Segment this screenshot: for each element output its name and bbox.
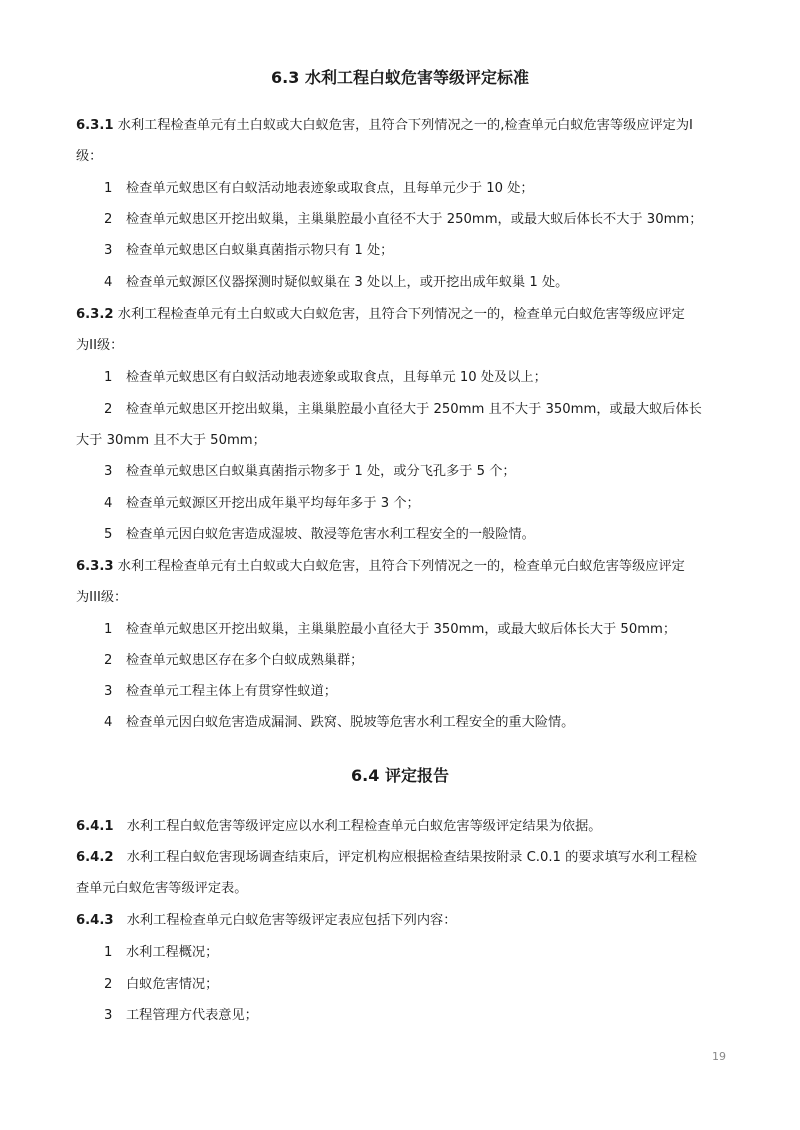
clause-6-4-3: 6.4.3 水利工程检查单元白蚁危害等级评定表应包括下列内容： bbox=[76, 912, 456, 930]
line-text: 检查单元蚁源区仪器探测时疑似蚁巢在 3 处以上，或开挖出成年蚁巢 1 处。 bbox=[126, 275, 568, 290]
list-number: 4 bbox=[104, 274, 126, 292]
line-text: 检查单元蚁患区白蚁巢真菌指示物只有 1 处； bbox=[126, 243, 393, 258]
list-number: 3 bbox=[104, 683, 126, 701]
text-line: 查单元白蚁危害等级评定表。 bbox=[76, 880, 247, 898]
list-item: 3检查单元蚁患区白蚁巢真菌指示物只有 1 处； bbox=[104, 242, 393, 260]
line-text: 检查单元蚁患区存在多个白蚁成熟巢群； bbox=[126, 653, 363, 668]
clause-number: 6.3.2 bbox=[76, 307, 114, 322]
text-line: 为III级： bbox=[76, 589, 127, 607]
list-number: 4 bbox=[104, 714, 126, 732]
page-number: 19 bbox=[712, 1050, 726, 1063]
list-item: 1检查单元蚁患区开挖出蚁巢，主巢巢腔最小直径大于 350mm，或最大蚁后体长大于… bbox=[104, 621, 676, 639]
list-item: 2检查单元蚁患区存在多个白蚁成熟巢群； bbox=[104, 652, 363, 670]
list-item: 4检查单元蚁源区仪器探测时疑似蚁巢在 3 处以上，或开挖出成年蚁巢 1 处。 bbox=[104, 274, 568, 292]
clause-number: 6.4.1 bbox=[76, 819, 114, 834]
line-text: 检查单元蚁患区开挖出蚁巢，主巢巢腔最小直径大于 250mm 且不大于 350mm… bbox=[126, 402, 702, 417]
line-text: 检查单元因白蚁危害造成湿坡、散浸等危害水利工程安全的一般险情。 bbox=[126, 527, 535, 542]
list-item: 2白蚁危害情况； bbox=[104, 976, 218, 994]
list-number: 3 bbox=[104, 463, 126, 481]
clause-number: 6.4.3 bbox=[76, 913, 114, 928]
list-number: 5 bbox=[104, 526, 126, 544]
line-text: 查单元白蚁危害等级评定表。 bbox=[76, 881, 247, 896]
line-text: 工程管理方代表意见； bbox=[126, 1008, 258, 1023]
clause-number: 6.3.1 bbox=[76, 118, 114, 133]
line-text: 水利工程检查单元有土白蚁或大白蚁危害，且符合下列情况之一的，检查单元白蚁危害等级… bbox=[118, 307, 685, 322]
list-number: 2 bbox=[104, 401, 126, 419]
text-line: 为II级： bbox=[76, 337, 123, 355]
section-heading-6-3: 6.3 水利工程白蚁危害等级评定标准 bbox=[0, 68, 800, 88]
list-item: 1检查单元蚁患区有白蚁活动地表迹象或取食点，且每单元少于 10 处； bbox=[104, 180, 534, 198]
line-text: 级： bbox=[76, 149, 102, 164]
list-number: 2 bbox=[104, 652, 126, 670]
list-number: 4 bbox=[104, 495, 126, 513]
line-text: 检查单元工程主体上有贯穿性蚁道； bbox=[126, 684, 337, 699]
list-item: 1水利工程概况； bbox=[104, 944, 218, 962]
line-text: 为III级： bbox=[76, 590, 127, 605]
section-heading-6-4: 6.4 评定报告 bbox=[0, 766, 800, 786]
clause-6-3-1: 6.3.1 水利工程检查单元有土白蚁或大白蚁危害，且符合下列情况之一的,检查单元… bbox=[76, 117, 693, 135]
line-text: 检查单元蚁患区白蚁巢真菌指示物多于 1 处，或分飞孔多于 5 个； bbox=[126, 464, 516, 479]
line-text: 水利工程白蚁危害现场调查结束后，评定机构应根据检查结果按附录 C.0.1 的要求… bbox=[127, 850, 697, 865]
list-item: 3检查单元工程主体上有贯穿性蚁道； bbox=[104, 683, 337, 701]
line-text: 白蚁危害情况； bbox=[126, 977, 218, 992]
list-number: 1 bbox=[104, 621, 126, 639]
line-text: 水利工程检查单元有土白蚁或大白蚁危害，且符合下列情况之一的,检查单元白蚁危害等级… bbox=[118, 118, 693, 133]
list-item: 1检查单元蚁患区有白蚁活动地表迹象或取食点，且每单元 10 处及以上； bbox=[104, 369, 547, 387]
clause-number: 6.3.3 bbox=[76, 559, 114, 574]
list-number: 3 bbox=[104, 242, 126, 260]
list-item: 2检查单元蚁患区开挖出蚁巢，主巢巢腔最小直径不大于 250mm，或最大蚁后体长不… bbox=[104, 211, 702, 229]
list-item: 4检查单元因白蚁危害造成漏洞、跌窝、脱坡等危害水利工程安全的重大险情。 bbox=[104, 714, 574, 732]
clause-6-4-1: 6.4.1 水利工程白蚁危害等级评定应以水利工程检查单元白蚁危害等级评定结果为依… bbox=[76, 818, 602, 836]
list-item: 3检查单元蚁患区白蚁巢真菌指示物多于 1 处，或分飞孔多于 5 个； bbox=[104, 463, 516, 481]
line-text: 水利工程检查单元有土白蚁或大白蚁危害，且符合下列情况之一的，检查单元白蚁危害等级… bbox=[118, 559, 685, 574]
clause-6-4-2: 6.4.2 水利工程白蚁危害现场调查结束后，评定机构应根据检查结果按附录 C.0… bbox=[76, 849, 697, 867]
list-number: 1 bbox=[104, 944, 126, 962]
line-text: 水利工程白蚁危害等级评定应以水利工程检查单元白蚁危害等级评定结果为依据。 bbox=[127, 819, 602, 834]
line-text: 检查单元蚁患区有白蚁活动地表迹象或取食点，且每单元 10 处及以上； bbox=[126, 370, 547, 385]
list-number: 2 bbox=[104, 976, 126, 994]
list-item: 5检查单元因白蚁危害造成湿坡、散浸等危害水利工程安全的一般险情。 bbox=[104, 526, 535, 544]
line-text: 为II级： bbox=[76, 338, 123, 353]
line-text: 检查单元蚁患区开挖出蚁巢，主巢巢腔最小直径大于 350mm，或最大蚁后体长大于 … bbox=[126, 622, 676, 637]
line-text: 检查单元蚁源区开挖出成年巢平均每年多于 3 个； bbox=[126, 496, 420, 511]
text-line: 大于 30mm 且不大于 50mm； bbox=[76, 432, 266, 450]
clause-number: 6.4.2 bbox=[76, 850, 114, 865]
line-text: 检查单元因白蚁危害造成漏洞、跌窝、脱坡等危害水利工程安全的重大险情。 bbox=[126, 715, 574, 730]
list-item: 3工程管理方代表意见； bbox=[104, 1007, 258, 1025]
text-line: 级： bbox=[76, 148, 102, 166]
line-text: 水利工程概况； bbox=[126, 945, 218, 960]
clause-6-3-2: 6.3.2 水利工程检查单元有土白蚁或大白蚁危害，且符合下列情况之一的，检查单元… bbox=[76, 306, 685, 324]
clause-6-3-3: 6.3.3 水利工程检查单元有土白蚁或大白蚁危害，且符合下列情况之一的，检查单元… bbox=[76, 558, 685, 576]
list-item: 2检查单元蚁患区开挖出蚁巢，主巢巢腔最小直径大于 250mm 且不大于 350m… bbox=[104, 401, 702, 419]
line-text: 检查单元蚁患区开挖出蚁巢，主巢巢腔最小直径不大于 250mm，或最大蚁后体长不大… bbox=[126, 212, 702, 227]
list-number: 1 bbox=[104, 180, 126, 198]
line-text: 水利工程检查单元白蚁危害等级评定表应包括下列内容： bbox=[127, 913, 457, 928]
line-text: 大于 30mm 且不大于 50mm； bbox=[76, 433, 266, 448]
list-number: 3 bbox=[104, 1007, 126, 1025]
document-page: 6.3 水利工程白蚁危害等级评定标准 6.4 评定报告 6.3.1 水利工程检查… bbox=[0, 0, 800, 1130]
list-item: 4检查单元蚁源区开挖出成年巢平均每年多于 3 个； bbox=[104, 495, 420, 513]
list-number: 2 bbox=[104, 211, 126, 229]
list-number: 1 bbox=[104, 369, 126, 387]
line-text: 检查单元蚁患区有白蚁活动地表迹象或取食点，且每单元少于 10 处； bbox=[126, 181, 534, 196]
